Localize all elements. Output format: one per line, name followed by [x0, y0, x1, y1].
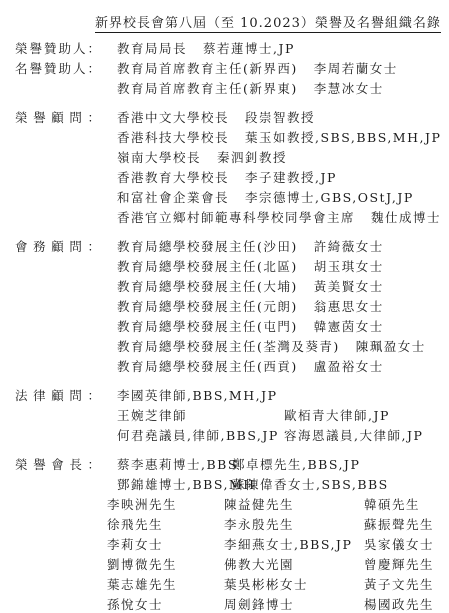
- name-text: 劉博微先生: [107, 555, 224, 575]
- section-label: 名譽贊助人：: [15, 59, 101, 79]
- section-council-advisors: 會務顧問： 教育局總學校發展主任(沙田)許綺薇女士 教育局總學校發展主任(北區)…: [15, 237, 439, 377]
- name-text: 李慧冰女士: [314, 81, 384, 96]
- name-text: 歐栢青大律師,JP: [284, 406, 439, 426]
- entry-line: 何君堯議員,律師,BBS,JP 容海恩議員,大律師,JP: [117, 426, 439, 446]
- name-text: 翁惠思女士: [314, 299, 384, 314]
- name-text: 葉志雄先生: [107, 575, 224, 595]
- name-text: 徐飛先生: [107, 515, 224, 535]
- name-text: 鄧錦雄博士,BBS,MH: [117, 475, 232, 495]
- name-text: 蔡李惠莉博士,BBS: [117, 455, 232, 475]
- entry-line: 教育局總學校發展主任(屯門)韓憲茵女士: [117, 317, 439, 337]
- entry-line: 教育局總學校發展主任(北區)胡玉琪女士: [117, 257, 439, 277]
- section-label: 會務顧問：: [15, 237, 101, 257]
- position-text: 教育局首席教育主任(新界西): [117, 61, 298, 76]
- position-text: 香港中文大學校長: [117, 110, 229, 125]
- name-text: 蘇振聲先生: [364, 515, 439, 535]
- entry-line: 教育局總學校發展主任(荃灣及葵青)陳珮盈女士: [117, 337, 439, 357]
- entry-line: 教育局首席教育主任(新界東)李慧冰女士: [117, 79, 439, 99]
- entry-line: 教育局首席教育主任(新界西)李周若蘭女士: [117, 59, 439, 79]
- name-text: 佛教大光園: [224, 555, 364, 575]
- document-page: 新界校長會第八屆（至 10.2023）榮譽及名譽組織名錄 榮譽贊助人： 教育局局…: [0, 0, 449, 613]
- entry-line: 葉志雄先生 葉吳彬彬女士 黃子文先生: [107, 575, 439, 595]
- name-text: 秦泗釗教授: [217, 150, 287, 165]
- section-honorary-patron: 榮譽贊助人： 教育局局長蔡若蓮博士,JP: [15, 39, 439, 59]
- entry-line: 李國英律師,BBS,MH,JP: [117, 386, 439, 406]
- position-text: 教育局總學校發展主任(大埔): [117, 279, 298, 294]
- position-text: 教育局總學校發展主任(屯門): [117, 319, 298, 334]
- page-title-text: 新界校長會第八屆（至 10.2023）榮譽及名譽組織名錄: [95, 16, 441, 33]
- name-text: 陳益健先生: [224, 495, 364, 515]
- entry-line: 教育局總學校發展主任(元朗)翁惠思女士: [117, 297, 439, 317]
- entry-line: 香港官立鄉村師範專科學校同學會主席魏仕成博士: [117, 208, 439, 228]
- name-text: 李周若蘭女士: [314, 61, 398, 76]
- entry-line: 香港中文大學校長段崇智教授: [117, 108, 439, 128]
- name-text: 孫悅女士: [107, 595, 224, 613]
- entry-line: 和富社會企業會長李宗德博士,GBS,OStJ,JP: [117, 188, 439, 208]
- name-text: 何君堯議員,律師,BBS,JP: [117, 426, 284, 446]
- section-honorary-presidents: 榮譽會長： 蔡李惠莉博士,BBS 鄭卓標先生,BBS,JP 鄧錦雄博士,BBS,…: [15, 455, 439, 613]
- position-text: 教育局局長: [117, 41, 187, 56]
- entry-line: 教育局總學校發展主任(大埔)黃美賢女士: [117, 277, 439, 297]
- position-text: 教育局總學校發展主任(荃灣及葵青): [117, 339, 340, 354]
- position-text: 教育局總學校發展主任(元朗): [117, 299, 298, 314]
- name-text: 魏仕成博士: [371, 210, 441, 225]
- section-nominal-patron: 名譽贊助人： 教育局首席教育主任(新界西)李周若蘭女士 教育局首席教育主任(新界…: [15, 59, 439, 99]
- name-text: 黃子文先生: [364, 575, 439, 595]
- name-text: 李永殷先生: [224, 515, 364, 535]
- position-text: 教育局總學校發展主任(北區): [117, 259, 298, 274]
- name-text: 曾慶輝先生: [364, 555, 439, 575]
- name-text: 葉吳彬彬女士: [224, 575, 364, 595]
- name-text: 周劍鋒博士: [224, 595, 364, 613]
- name-text: 蘇陳偉香女士,SBS,BBS: [232, 475, 439, 495]
- section-legal-advisors: 法律顧問： 李國英律師,BBS,MH,JP 王婉芝律師 歐栢青大律師,JP 何君…: [15, 386, 439, 446]
- position-text: 教育局總學校發展主任(西貢): [117, 359, 298, 374]
- entry-line: 孫悅女士 周劍鋒博士 楊國政先生: [107, 595, 439, 613]
- entry-line: 徐飛先生 李永殷先生 蘇振聲先生: [107, 515, 439, 535]
- name-text: 楊國政先生: [364, 595, 439, 613]
- name-text: 盧盈裕女士: [314, 359, 384, 374]
- entry-line: 教育局總學校發展主任(沙田)許綺薇女士: [117, 237, 439, 257]
- section-label: 法律顧問：: [15, 386, 101, 406]
- name-text: 陳珮盈女士: [356, 339, 426, 354]
- name-text: 李宗德博士,GBS,OStJ,JP: [245, 190, 414, 205]
- name-text: 李映洲先生: [107, 495, 224, 515]
- name-text: 王婉芝律師: [117, 406, 284, 426]
- name-text: 胡玉琪女士: [314, 259, 384, 274]
- name-text: 李子建教授,JP: [245, 170, 337, 185]
- position-text: 香港科技大學校長: [117, 130, 229, 145]
- name-text: 黃美賢女士: [314, 279, 384, 294]
- section-honorary-advisors: 榮譽顧問： 香港中文大學校長段崇智教授 香港科技大學校長葉玉如教授,SBS,BB…: [15, 108, 439, 228]
- entry-line: 嶺南大學校長秦泗釗教授: [117, 148, 439, 168]
- name-text: 許綺薇女士: [314, 239, 384, 254]
- entry-line: 教育局總學校發展主任(西貢)盧盈裕女士: [117, 357, 439, 377]
- name-text: 李國英律師,BBS,MH,JP: [117, 388, 278, 403]
- name-text: 容海恩議員,大律師,JP: [284, 426, 439, 446]
- name-text: 李莉女士: [107, 535, 224, 555]
- section-label: 榮譽會長：: [15, 455, 101, 475]
- entry-line: 劉博微先生 佛教大光園 曾慶輝先生: [107, 555, 439, 575]
- position-text: 教育局總學校發展主任(沙田): [117, 239, 298, 254]
- entry-line: 香港科技大學校長葉玉如教授,SBS,BBS,MH,JP: [117, 128, 439, 148]
- page-title: 新界校長會第八屆（至 10.2023）榮譽及名譽組織名錄: [95, 14, 439, 34]
- entry-line: 蔡李惠莉博士,BBS 鄭卓標先生,BBS,JP: [117, 455, 439, 475]
- name-text: 李細燕女士,BBS,JP: [224, 535, 364, 555]
- name-text: 葉玉如教授,SBS,BBS,MH,JP: [245, 130, 441, 145]
- section-label: 榮譽顧問：: [15, 108, 101, 128]
- name-text: 韓碩先生: [364, 495, 439, 515]
- name-text: 蔡若蓮博士,JP: [203, 41, 295, 56]
- name-text: 鄭卓標先生,BBS,JP: [232, 455, 439, 475]
- section-label: 榮譽贊助人：: [15, 39, 101, 59]
- entry-line: 王婉芝律師 歐栢青大律師,JP: [117, 406, 439, 426]
- position-text: 和富社會企業會長: [117, 190, 229, 205]
- name-text: 段崇智教授: [245, 110, 315, 125]
- entry-line: 李映洲先生 陳益健先生 韓碩先生: [107, 495, 439, 515]
- entry-line: 教育局局長蔡若蓮博士,JP: [117, 39, 439, 59]
- name-text: 吳家儀女士: [364, 535, 439, 555]
- entry-line: 李莉女士 李細燕女士,BBS,JP 吳家儀女士: [107, 535, 439, 555]
- name-text: 韓憲茵女士: [314, 319, 384, 334]
- position-text: 香港官立鄉村師範專科學校同學會主席: [117, 210, 355, 225]
- position-text: 香港教育大學校長: [117, 170, 229, 185]
- position-text: 嶺南大學校長: [117, 150, 201, 165]
- entry-line: 香港教育大學校長李子建教授,JP: [117, 168, 439, 188]
- entry-line: 鄧錦雄博士,BBS,MH 蘇陳偉香女士,SBS,BBS: [117, 475, 439, 495]
- position-text: 教育局首席教育主任(新界東): [117, 81, 298, 96]
